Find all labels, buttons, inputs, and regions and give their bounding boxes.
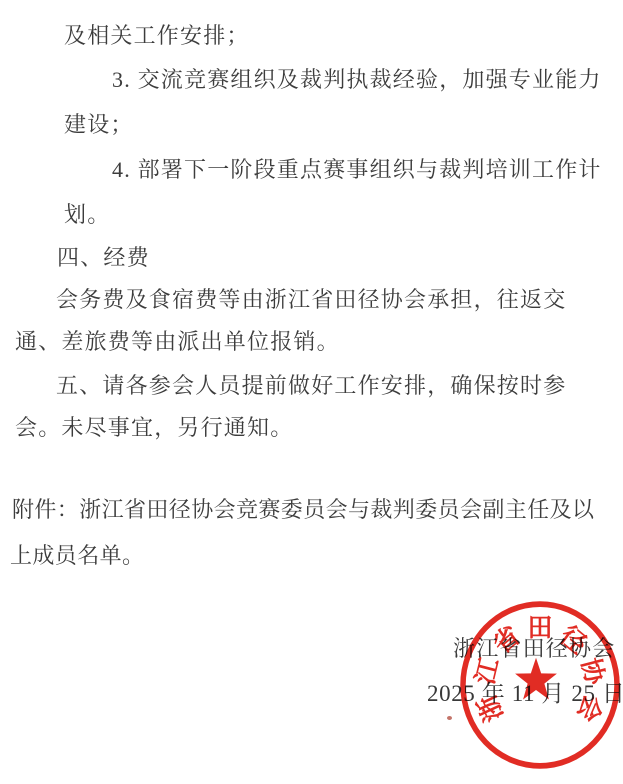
body-line: 建设； [64, 111, 134, 139]
body-line: 会。未尽事宜，另行通知。 [15, 414, 293, 442]
attachment-line: 附件：浙江省田径协会竞赛委员会与裁判委员会副主任及以 [12, 496, 594, 524]
section-heading: 四、经费 [57, 244, 150, 272]
seal-char: 江 [471, 655, 505, 688]
ink-speck [447, 716, 452, 720]
body-line: 通、差旅费等由派出单位报销。 [15, 328, 340, 356]
seal-char: 省 [488, 620, 525, 660]
seal-text: 浙江省田径协会 [471, 613, 610, 726]
seal-char: 径 [554, 620, 592, 660]
seal-char: 协 [576, 655, 610, 689]
official-seal: 浙江省田径协会 [453, 598, 623, 772]
seal-char: 田 [528, 613, 553, 643]
body-line: 及相关工作安排； [64, 22, 250, 50]
attachment-line: 上成员名单。 [10, 542, 144, 570]
body-line: 会务费及食宿费等由浙江省田径协会承担，往返交 [56, 286, 566, 314]
star-icon [515, 658, 557, 700]
body-line: 五、请各参会人员提前做好工作安排，确保按时参 [56, 372, 566, 400]
seal-char: 会 [571, 690, 607, 726]
body-line: 4. 部署下一阶段重点赛事组织与裁判培训工作计 [112, 156, 602, 184]
seal-char: 浙 [472, 690, 508, 726]
body-line: 划。 [64, 201, 110, 229]
body-line: 3. 交流竞赛组织及裁判执裁经验，加强专业能力 [112, 66, 602, 94]
document-page: 及相关工作安排； 3. 交流竞赛组织及裁判执裁经验，加强专业能力 建设； 4. … [0, 0, 623, 784]
